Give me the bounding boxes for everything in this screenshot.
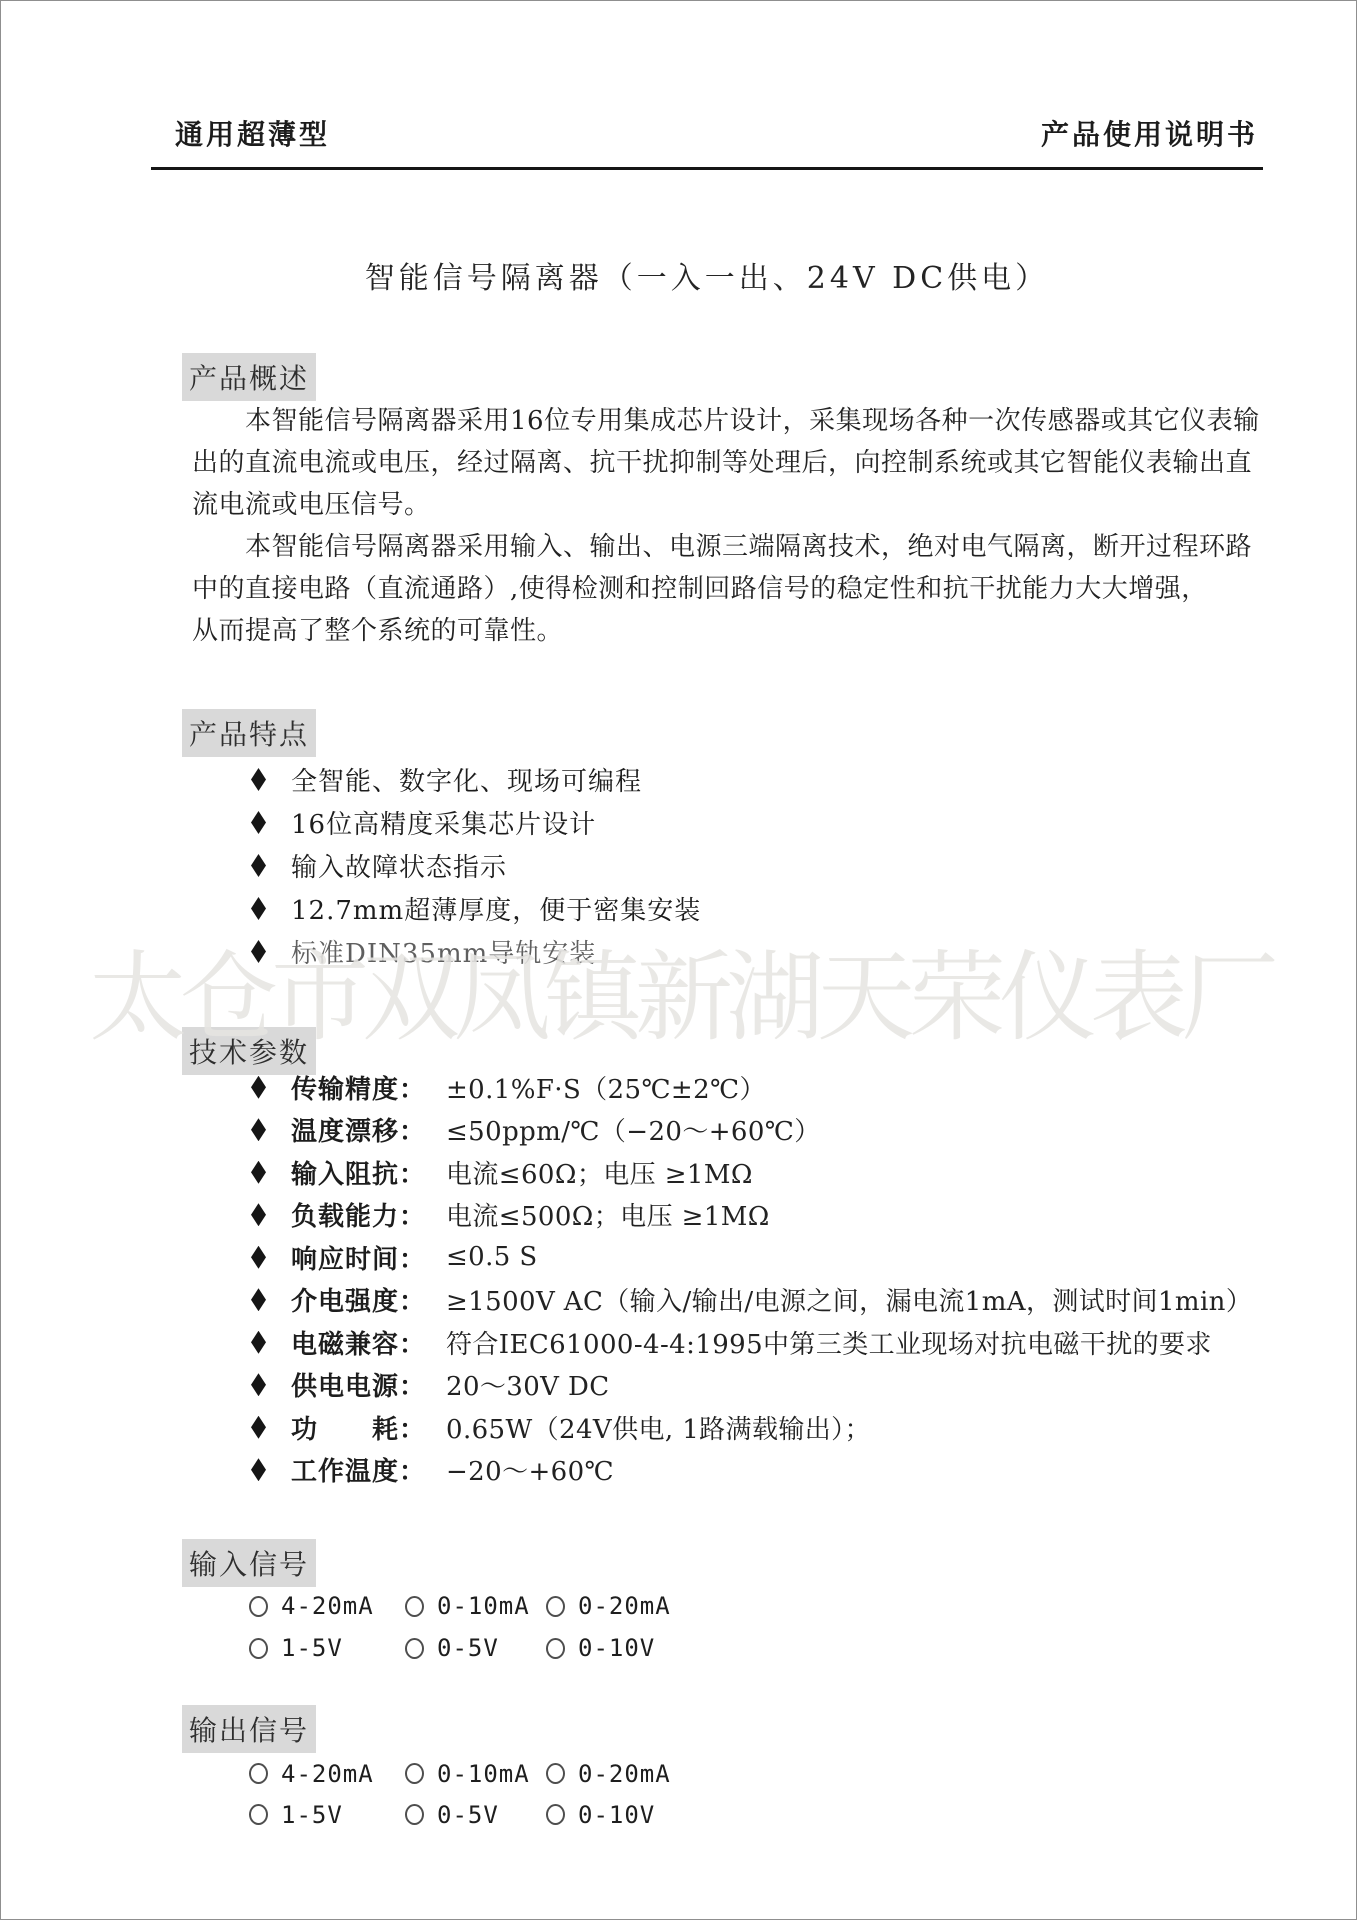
header-right-text: 产品使用说明书 [1041,113,1258,153]
radio-circle-icon [249,1763,268,1784]
overview-paragraphs: 本智能信号隔离器采用16位专用集成芯片设计，采集现场各种一次传感器或其它仪表输 … [192,400,1260,652]
section-heading-overview: 产品概述 [182,353,316,401]
radio-circle-icon [546,1596,565,1617]
overview-line: 本智能信号隔离器采用16位专用集成芯片设计，采集现场各种一次传感器或其它仪表输 [192,400,1260,442]
input-signal-options: 4-20mA 0-10mA 0-20mA 1-5V 0-5V 0-10V [249,1585,716,1669]
signal-option: 0-5V [405,1794,546,1835]
section-heading-output-signal: 输出信号 [182,1705,316,1753]
spec-list: 传输精度： ±0.1%F·S（25℃±2℃） 温度漂移： ≤50ppm/℃（−2… [251,1066,1252,1491]
spec-row: 功 耗： 0.65W（24V供电, 1路满载输出）； [251,1406,1252,1449]
spec-label: 负载能力： [291,1196,446,1233]
radio-circle-icon [546,1763,565,1784]
spec-value: 电流≤60Ω；电压 ≥1MΩ [446,1154,753,1191]
signal-option-label: 0-10mA [437,1760,530,1788]
diamond-bullet-icon [251,940,266,963]
section-heading-input-signal: 输入信号 [182,1539,316,1587]
signal-option-label: 0-10mA [437,1592,530,1620]
overview-line: 出的直流电流或电压，经过隔离、抗干扰抑制等处理后，向控制系统或其它智能仪表输出直 [192,442,1260,484]
spec-label: 输入阻抗： [291,1154,446,1191]
overview-line: 从而提高了整个系统的可靠性。 [192,610,1260,652]
diamond-bullet-icon [251,1076,266,1099]
radio-circle-icon [405,1638,424,1659]
feature-item-label: 16位高精度采集芯片设计 [291,804,596,841]
signal-option-label: 4-20mA [281,1760,374,1788]
feature-item-label: 标准DIN35mm导轨安装 [291,933,596,970]
spec-value: 电流≤500Ω；电压 ≥1MΩ [446,1196,770,1233]
radio-circle-icon [405,1763,424,1784]
signal-option: 0-10mA [405,1585,546,1627]
radio-circle-icon [546,1804,565,1825]
feature-item: 输入故障状态指示 [251,844,701,887]
spec-row: 输入阻抗： 电流≤60Ω；电压 ≥1MΩ [251,1151,1252,1194]
output-signal-options: 4-20mA 0-10mA 0-20mA 1-5V 0-5V 0-10V [249,1753,716,1835]
signal-option: 0-10V [546,1627,716,1669]
spec-value: ≤0.5 S [446,1242,538,1272]
spec-label: 响应时间： [291,1239,446,1276]
spec-label: 工作温度： [291,1451,446,1488]
spec-value: 20～30V DC [446,1366,610,1403]
diamond-bullet-icon [251,1118,266,1141]
overview-line: 本智能信号隔离器采用输入、输出、电源三端隔离技术，绝对电气隔离，断开过程环路 [192,526,1260,568]
diamond-bullet-icon [251,1203,266,1226]
feature-item: 全智能、数字化、现场可编程 [251,758,701,801]
header-left-text: 通用超薄型 [175,113,330,153]
spec-value: ±0.1%F·S（25℃±2℃） [446,1069,766,1106]
spec-row: 介电强度： ≥1500V AC（输入/输出/电源之间，漏电流1mA，测试时间1m… [251,1279,1252,1322]
spec-value: ≤50ppm/℃（−20～+60℃） [446,1111,821,1148]
signal-option-label: 0-10V [578,1801,655,1829]
diamond-bullet-icon [251,811,266,834]
signal-option: 0-20mA [546,1753,716,1794]
diamond-bullet-icon [251,854,266,877]
spec-label: 供电电源： [291,1366,446,1403]
feature-item: 标准DIN35mm导轨安装 [251,930,701,973]
signal-option: 0-10mA [405,1753,546,1794]
diamond-bullet-icon [251,1246,266,1269]
diamond-bullet-icon [251,768,266,791]
signal-option-label: 4-20mA [281,1592,374,1620]
signal-option-label: 0-10V [578,1634,655,1662]
signal-option: 4-20mA [249,1585,405,1627]
spec-row: 响应时间： ≤0.5 S [251,1236,1252,1279]
signal-option: 4-20mA [249,1753,405,1794]
feature-item-label: 12.7mm超薄厚度，便于密集安装 [291,890,701,927]
spec-row: 电磁兼容： 符合IEC61000-4-4:1995中第三类工业现场对抗电磁干扰的… [251,1321,1252,1364]
overview-line: 流电流或电压信号。 [192,484,1260,526]
spec-row: 传输精度： ±0.1%F·S（25℃±2℃） [251,1066,1252,1109]
radio-circle-icon [249,1596,268,1617]
signal-option: 0-5V [405,1627,546,1669]
spec-value: ≥1500V AC（输入/输出/电源之间，漏电流1mA，测试时间1min） [446,1281,1252,1318]
signal-option: 0-20mA [546,1585,716,1627]
header-rule [151,167,1263,170]
spec-label: 温度漂移： [291,1111,446,1148]
diamond-bullet-icon [251,1373,266,1396]
signal-option-label: 1-5V [281,1801,343,1829]
diamond-bullet-icon [251,1458,266,1481]
spec-row: 温度漂移： ≤50ppm/℃（−20～+60℃） [251,1109,1252,1152]
spec-row: 工作温度： −20～+60℃ [251,1449,1252,1492]
signal-option-label: 1-5V [281,1634,343,1662]
spec-value: −20～+60℃ [446,1451,614,1488]
signal-option-label: 0-20mA [578,1760,671,1788]
spec-value: 符合IEC61000-4-4:1995中第三类工业现场对抗电磁干扰的要求 [446,1324,1212,1361]
signal-option-label: 0-5V [437,1634,499,1662]
feature-list: 全智能、数字化、现场可编程 16位高精度采集芯片设计 输入故障状态指示 12.7… [251,758,701,973]
feature-item-label: 全智能、数字化、现场可编程 [291,761,642,798]
spec-row: 负载能力： 电流≤500Ω；电压 ≥1MΩ [251,1194,1252,1237]
diamond-bullet-icon [251,897,266,920]
diamond-bullet-icon [251,1288,266,1311]
section-heading-features: 产品特点 [182,709,316,757]
signal-option: 1-5V [249,1794,405,1835]
spec-label: 介电强度： [291,1281,446,1318]
signal-option: 0-10V [546,1794,716,1835]
spec-row: 供电电源： 20～30V DC [251,1364,1252,1407]
diamond-bullet-icon [251,1161,266,1184]
overview-line: 中的直接电路（直流通路）,使得检测和控制回路信号的稳定性和抗干扰能力大大增强， [192,568,1260,610]
radio-circle-icon [405,1596,424,1617]
spec-label: 电磁兼容： [291,1324,446,1361]
feature-item: 12.7mm超薄厚度，便于密集安装 [251,887,701,930]
page-title: 智能信号隔离器（一入一出、24V DC供电） [151,253,1263,297]
radio-circle-icon [249,1638,268,1659]
radio-circle-icon [546,1638,565,1659]
signal-option-label: 0-20mA [578,1592,671,1620]
spec-label: 传输精度： [291,1069,446,1106]
feature-item: 16位高精度采集芯片设计 [251,801,701,844]
diamond-bullet-icon [251,1416,266,1439]
signal-option: 1-5V [249,1627,405,1669]
radio-circle-icon [249,1804,268,1825]
feature-item-label: 输入故障状态指示 [291,847,507,884]
spec-label: 功 耗： [291,1409,446,1446]
signal-option-label: 0-5V [437,1801,499,1829]
diamond-bullet-icon [251,1331,266,1354]
spec-value: 0.65W（24V供电, 1路满载输出）； [446,1409,871,1446]
radio-circle-icon [405,1804,424,1825]
manual-page: 通用超薄型 产品使用说明书 智能信号隔离器（一入一出、24V DC供电） 产品概… [0,0,1357,1920]
